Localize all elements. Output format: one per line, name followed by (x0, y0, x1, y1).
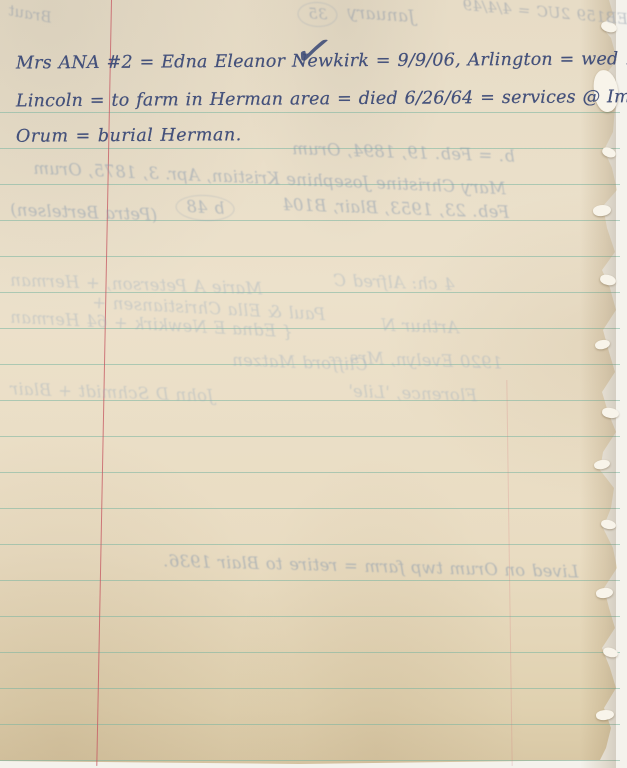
handwriting-line-3: Orum = burial Herman. (16, 125, 242, 147)
bleedthrough-page-number: 35 (298, 4, 338, 24)
bleedthrough-child-2: Arthur N (381, 316, 459, 338)
bleedthrough-father-circled: b 48 (176, 196, 236, 218)
scanned-notebook-page: Mrs ANA #2 = Edna Eleanor Newkirk = 9/9/… (0, 0, 627, 768)
handwriting-line-2: Lincoln = to farm in Herman area = died … (16, 87, 627, 112)
